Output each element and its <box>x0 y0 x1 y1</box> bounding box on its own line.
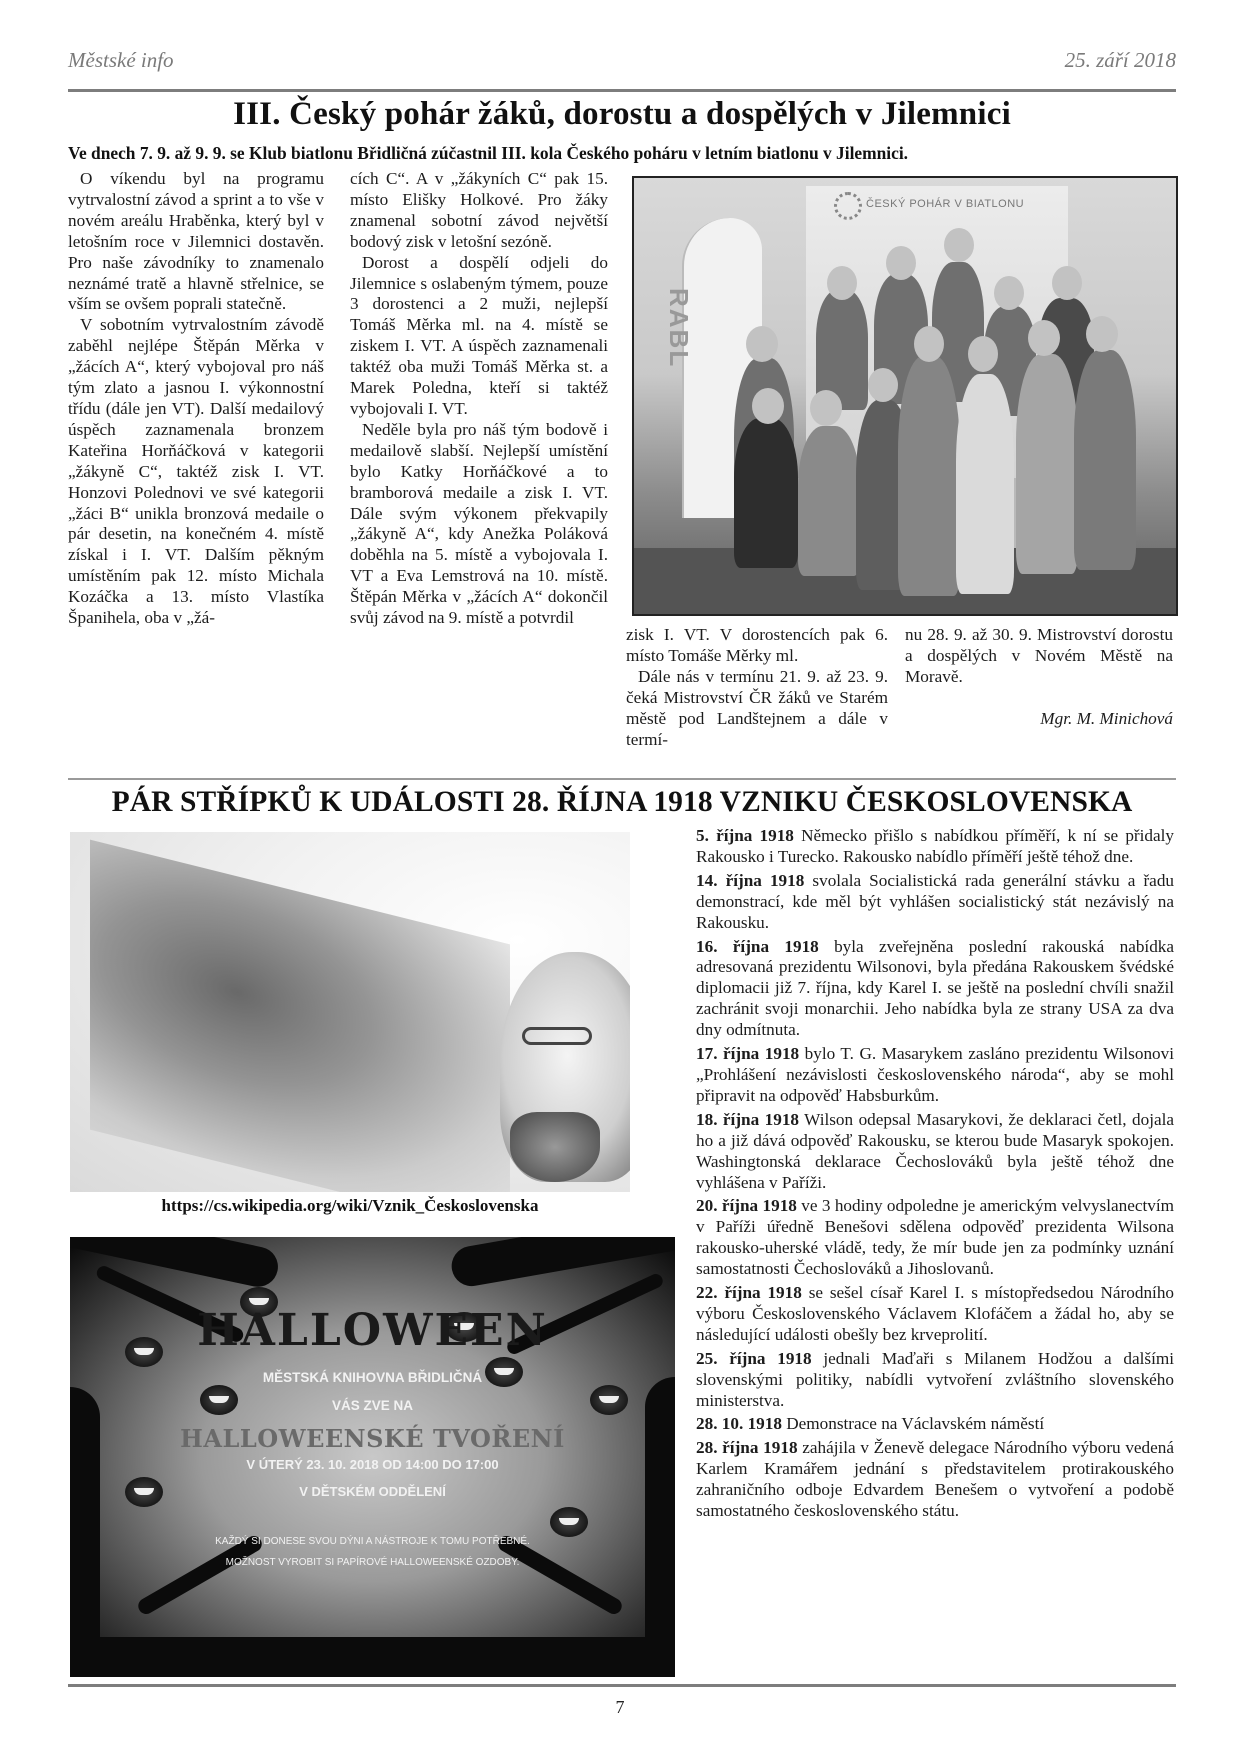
article-column-1: O víkendu byl na programu vytrvalostní z… <box>68 169 324 629</box>
ground-silhouette <box>70 1637 675 1677</box>
athlete-head <box>752 388 784 424</box>
footer-rule <box>68 1684 1176 1687</box>
header-rule <box>68 89 1176 92</box>
article-column-3a: zisk I. VT. V dorostencích pak 6. místo … <box>626 625 888 750</box>
section-title: PÁR STŘÍPKŮ K UDÁLOSTI 28. ŘÍJNA 1918 VZ… <box>68 786 1176 819</box>
timeline-entry: 28. 10. 1918 Demonstrace na Václavském n… <box>696 1414 1174 1435</box>
athlete-head <box>994 276 1024 310</box>
issue-date: 25. září 2018 <box>1065 48 1176 73</box>
athlete <box>798 426 860 576</box>
athlete-head <box>968 336 998 372</box>
team-photo: RABL ČESKÝ POHÁR V BIATLONU <box>632 176 1178 616</box>
tree-branch <box>70 1237 282 1290</box>
poster-note: MOŽNOST VYROBIT SI PAPÍROVÉ HALLOWEENSKÉ… <box>70 1557 675 1568</box>
athlete <box>734 418 798 568</box>
halloween-poster: HALLOWEEN MĚSTSKÁ KNIHOVNA BŘIDLIČNÁ VÁS… <box>70 1237 675 1677</box>
flag-text: RABL <box>663 288 694 368</box>
paragraph: cích C“. A v „žákyních C“ pak 15. místo … <box>350 169 608 253</box>
paragraph: Neděle byla pro náš tým bodově i medailo… <box>350 420 608 629</box>
athlete-head <box>1028 320 1060 356</box>
timeline-entry: 14. října 1918 svolala Socialistická rad… <box>696 871 1174 934</box>
timeline-entry: 17. října 1918 bylo T. G. Masarykem zasl… <box>696 1044 1174 1107</box>
athlete <box>956 374 1014 594</box>
timeline-entry: 22. října 1918 se sešel císař Karel I. s… <box>696 1283 1174 1346</box>
poster-invite: VÁS ZVE NA <box>70 1398 675 1413</box>
athlete-head <box>1086 316 1118 352</box>
tree-trunk <box>645 1377 675 1677</box>
timeline-entry: 16. října 1918 byla zveřejněna poslední … <box>696 937 1174 1042</box>
glasses <box>522 1027 592 1045</box>
timeline: 5. října 1918 Německo přišlo s nabídkou … <box>696 826 1174 1525</box>
poster-datetime: V ÚTERÝ 23. 10. 2018 OD 14:00 DO 17:00 <box>70 1457 675 1472</box>
coach-head <box>914 326 944 362</box>
paragraph: O víkendu byl na programu vytrvalostní z… <box>68 169 324 315</box>
athlete-head <box>868 368 898 402</box>
athlete-head <box>1052 266 1082 300</box>
timeline-entry: 25. října 1918 jednali Maďaři s Milanem … <box>696 1349 1174 1412</box>
cup-logo-icon <box>834 192 862 220</box>
article-column-2: cích C“. A v „žákyních C“ pak 15. místo … <box>350 169 608 629</box>
timeline-entry: 28. října 1918 zahájila v Ženevě delegac… <box>696 1438 1174 1522</box>
publication-name: Městské info <box>68 48 174 73</box>
paragraph: V sobotním vytrvalostním závodě zaběhl n… <box>68 315 324 629</box>
beard <box>510 1112 600 1182</box>
timeline-entry: 20. října 1918 ve 3 hodiny odpoledne je … <box>696 1196 1174 1280</box>
article-title: III. Český pohár žáků, dorostu a dospělý… <box>68 96 1176 133</box>
paragraph: Dále nás v termínu 21. 9. až 23. 9. čeká… <box>626 667 888 751</box>
athlete-head <box>810 390 842 426</box>
poster-organizer: MĚSTSKÁ KNIHOVNA BŘIDLIČNÁ <box>70 1370 675 1385</box>
author-signature: Mgr. M. Minichová <box>905 709 1173 730</box>
athlete-head <box>746 326 778 362</box>
halloween-title: HALLOWEEN <box>70 1305 675 1356</box>
paragraph: zisk I. VT. V dorostencích pak 6. místo … <box>626 625 888 667</box>
athlete-head <box>944 228 974 262</box>
coach <box>898 356 960 596</box>
poster-event-name: HALLOWEENSKÉ TVOŘENÍ <box>70 1424 675 1453</box>
pumpkin-icon <box>550 1507 588 1537</box>
image-source-link[interactable]: https://cs.wikipedia.org/wiki/Vznik_Česk… <box>70 1196 630 1216</box>
article-lead: Ve dnech 7. 9. až 9. 9. se Klub biatlonu… <box>68 143 1176 164</box>
banner-text: ČESKÝ POHÁR V BIATLONU <box>866 198 1024 210</box>
athlete <box>1074 350 1136 570</box>
page-number: 7 <box>0 1697 1240 1718</box>
masaryk-illustration <box>70 832 630 1192</box>
athlete-head <box>886 246 916 280</box>
timeline-entry: 5. října 1918 Německo přišlo s nabídkou … <box>696 826 1174 868</box>
running-header: Městské info 25. září 2018 <box>68 48 1176 78</box>
poster-note: KAŽDÝ SI DONESE SVOU DÝNI A NÁSTROJE K T… <box>70 1536 675 1547</box>
flag-drapery <box>90 840 510 1192</box>
athlete-head <box>827 266 857 300</box>
paragraph: nu 28. 9. až 30. 9. Mistrovství dorostu … <box>905 625 1173 688</box>
poster-location: V DĚTSKÉM ODDĚLENÍ <box>70 1484 675 1499</box>
article-column-3b: nu 28. 9. až 30. 9. Mistrovství dorostu … <box>905 625 1173 730</box>
athlete <box>1016 354 1078 574</box>
section-divider <box>68 778 1176 780</box>
paragraph: Dorost a dospělí odjeli do Jilemnice s o… <box>350 253 608 420</box>
timeline-entry: 18. října 1918 Wilson odepsal Masarykovi… <box>696 1110 1174 1194</box>
